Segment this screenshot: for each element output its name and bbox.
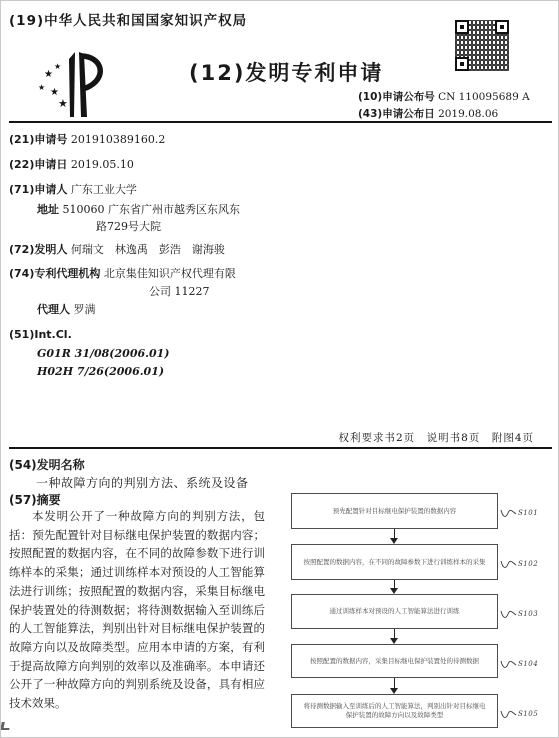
- address-row-line2: 路729号大院: [96, 218, 161, 234]
- agency-value-line2: 公司 11227: [149, 285, 210, 298]
- scan-artifact: [0, 722, 11, 730]
- svg-text:★: ★: [54, 62, 61, 71]
- intcl-class-1: G01R 31/08(2006.01): [37, 347, 169, 360]
- section-divider: [9, 447, 552, 449]
- invention-title: 一种故障方向的判别方法、系统及设备: [36, 474, 249, 491]
- agent-row: 代理人 罗满: [37, 301, 96, 317]
- flow-arrow-4: [390, 678, 399, 694]
- address-row: 地址 510060 广东省广州市越秀区东风东: [37, 201, 240, 217]
- flowchart-step-4: 按照配置的数据内容，采集目标继电保护装置处的待测数据: [291, 644, 498, 678]
- publication-number-label: (10)申请公布号: [358, 91, 435, 103]
- flowchart-step-3: 通过训练样本对预设的人工智能算法进行训练: [291, 594, 498, 629]
- applicant-label: (71)申请人: [9, 183, 67, 196]
- application-number-label: (21)申请号: [9, 133, 67, 146]
- application-date-value: 2019.05.10: [71, 158, 134, 171]
- step-label-s102: S102: [500, 556, 546, 572]
- publication-number-line: (10)申请公布号 CN 110095689 A: [358, 89, 530, 104]
- inventors-row: (72)发明人 何瑞文 林逸禹 彭浩 谢海骏: [9, 241, 225, 257]
- application-date-label: (22)申请日: [9, 158, 67, 171]
- step-label-s104: S104: [500, 656, 546, 672]
- svg-text:★: ★: [38, 83, 45, 92]
- intcl-label: (51)Int.Cl.: [9, 328, 72, 341]
- pages-summary: 权利要求书2页 说明书8页 附图4页: [338, 430, 534, 445]
- squiggle-connector-icon: [500, 508, 517, 519]
- flowchart-step-5: 将待测数据输入至训练后的人工智能算法，判别出针对目标继电保护装置的故障方向以及故…: [291, 694, 498, 728]
- svg-text:★: ★: [58, 97, 68, 110]
- application-date-row: (22)申请日 2019.05.10: [9, 156, 134, 172]
- intcl-class-2: H02H 7/26(2006.01): [37, 365, 164, 378]
- cnipa-logo-icon: ★ ★ ★ ★ ★: [34, 47, 112, 121]
- abstract-label: (57)摘要: [9, 491, 61, 508]
- inventors-label: (72)发明人: [9, 243, 67, 256]
- squiggle-connector-icon: [500, 609, 517, 620]
- agency-value-line1: 北京集佳知识产权代理有限: [104, 267, 236, 280]
- step-label-s101: S101: [500, 505, 546, 521]
- inventors-value: 何瑞文 林逸禹 彭浩 谢海骏: [71, 243, 225, 256]
- publication-date-label: (43)申请公布日: [358, 108, 435, 120]
- agency-label: (74)专利代理机构: [9, 267, 100, 280]
- publication-number-value: CN 110095689 A: [438, 91, 530, 103]
- flowchart-step-1: 预先配置针对目标继电保护装置的数据内容: [291, 493, 498, 529]
- header-divider: [9, 121, 552, 123]
- invention-title-label: (54)发明名称: [9, 456, 85, 473]
- address-label: 地址: [37, 203, 59, 216]
- agent-label: 代理人: [37, 303, 70, 316]
- flow-arrow-1: [390, 529, 399, 544]
- patent-front-page: (19)中华人民共和国国家知识产权局 ★ ★ ★ ★ ★ (12)发明专利申请 …: [0, 0, 559, 738]
- agent-value: 罗满: [74, 303, 96, 316]
- qr-code-icon: [453, 18, 511, 73]
- publication-date-value: 2019.08.06: [438, 108, 498, 120]
- address-value-line2: 路729号大院: [96, 220, 161, 233]
- step-label-s103: S103: [500, 606, 546, 622]
- applicant-value: 广东工业大学: [71, 183, 137, 196]
- flow-arrow-2: [390, 580, 399, 594]
- svg-text:★: ★: [44, 69, 53, 80]
- step-label-s105: S105: [500, 706, 546, 722]
- squiggle-connector-icon: [500, 659, 517, 670]
- abstract-text: 本发明公开了一种故障方向的判别方法，包括：预先配置针对目标继电保护装置的数据内容…: [9, 507, 265, 713]
- application-number-value: 201910389160.2: [71, 133, 165, 146]
- address-value-line1: 510060 广东省广州市越秀区东风东: [63, 203, 241, 216]
- office-name: (19)中华人民共和国国家知识产权局: [9, 9, 247, 29]
- intcl-row: (51)Int.Cl.: [9, 328, 72, 341]
- applicant-row: (71)申请人 广东工业大学: [9, 181, 137, 197]
- flowchart-step-2: 按照配置的数据内容，在不同的故障参数下进行训练样本的采集: [291, 544, 498, 580]
- squiggle-connector-icon: [500, 559, 517, 570]
- document-type-title: (12)发明专利申请: [189, 57, 383, 87]
- agency-row-line2: 公司 11227: [149, 283, 210, 299]
- application-number-row: (21)申请号 201910389160.2: [9, 131, 165, 147]
- agency-row: (74)专利代理机构 北京集佳知识产权代理有限: [9, 265, 236, 281]
- publication-date-line: (43)申请公布日 2019.08.06: [358, 106, 498, 121]
- squiggle-connector-icon: [500, 709, 517, 720]
- flow-arrow-3: [390, 629, 399, 644]
